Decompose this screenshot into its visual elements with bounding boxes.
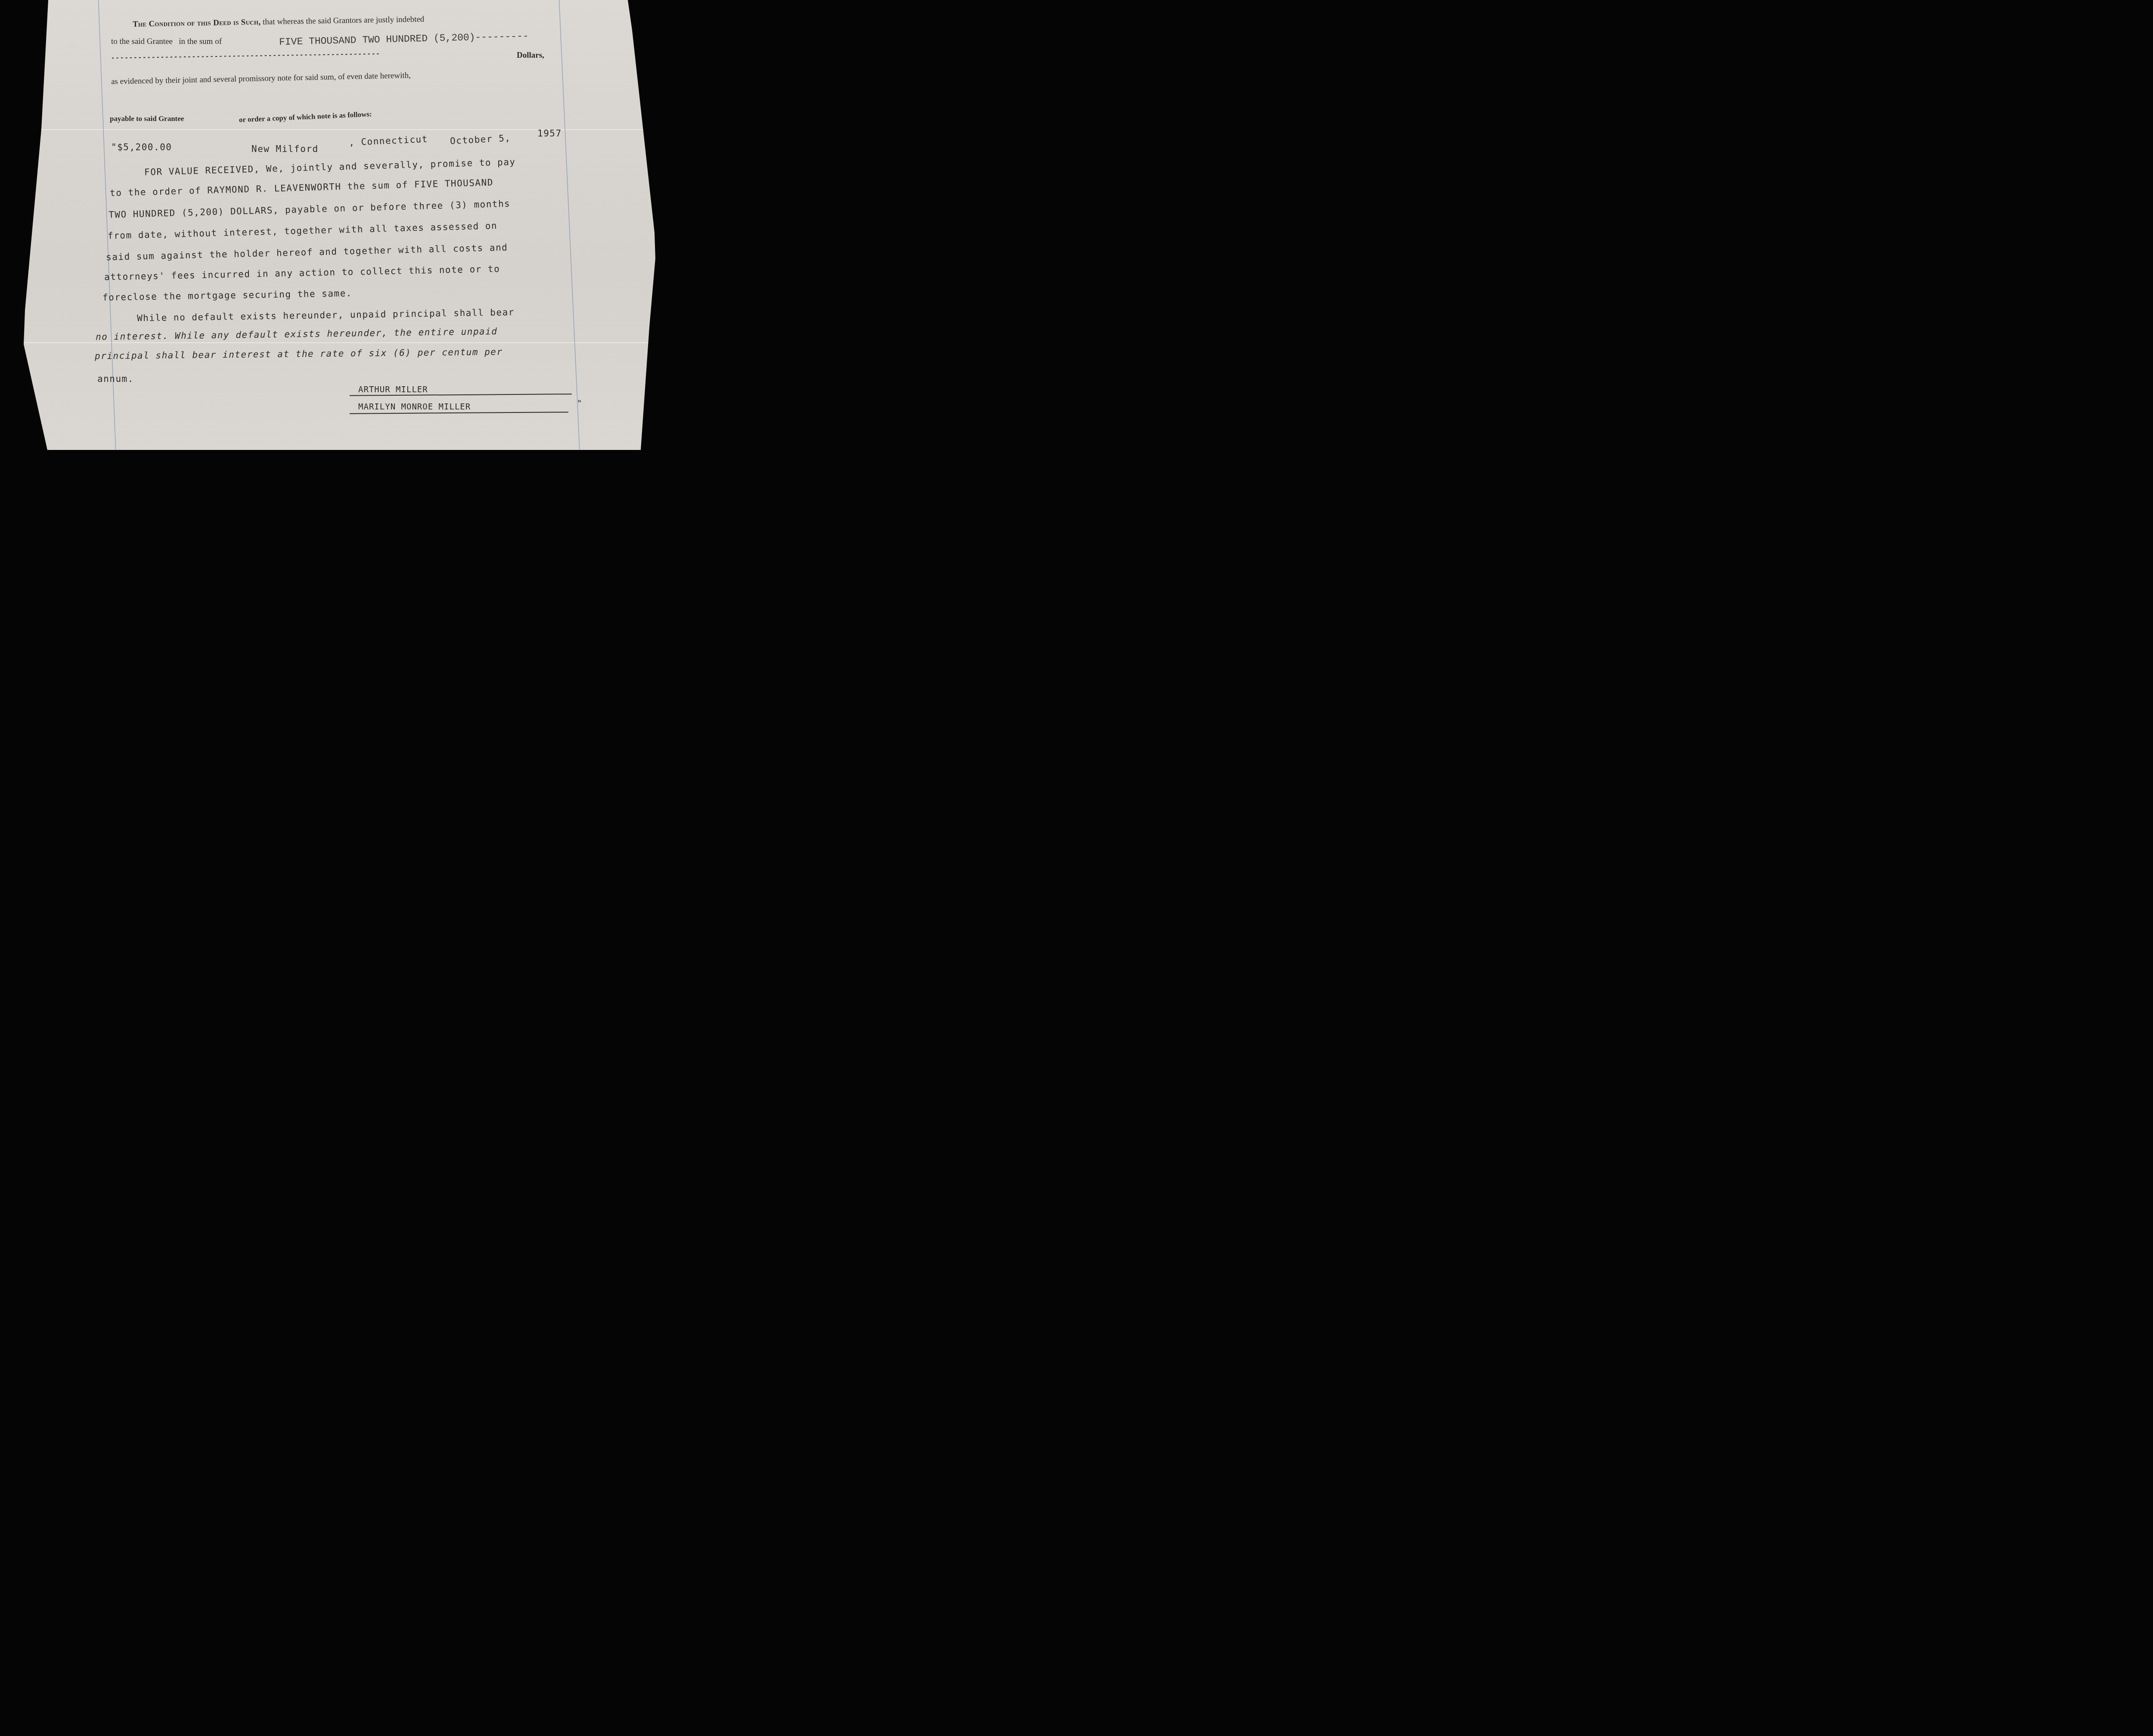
note-line: While no default exists hereunder, unpai… [137,307,515,323]
signature-line [350,412,568,414]
sum-typed: FIVE THOUSAND TWO HUNDRED (5,200)-------… [279,31,529,48]
note-line: FOR VALUE RECEIVED, We, jointly and seve… [144,157,516,177]
note-date: October 5, [450,133,511,146]
fold-crease [0,129,675,130]
payable-label: payable to said Grantee [110,115,184,123]
payable-rest: or order a copy of which note is as foll… [239,110,372,124]
grantee-label: to the said Grantee [111,37,173,46]
note-line: attorneys' fees incurred in any action t… [104,263,500,282]
note-town: New Milford [251,144,319,154]
note-amount: "$5,200.00 [111,142,172,152]
note-year: 1957 [537,128,562,139]
condition-line: The Condition of this Deed is Such, that… [133,15,425,29]
fold-crease [0,342,675,343]
note-line: annum. [97,374,134,384]
condition-lead: The Condition of this Deed is Such, [133,18,261,29]
note-line: no interest. While any default exists he… [96,326,498,342]
dollars-label: Dollars, [517,51,544,60]
evidenced-line: as evidenced by their joint and several … [111,71,411,87]
signer-1-name: ARTHUR MILLER [358,385,428,394]
note-state: , Connecticut [349,134,428,148]
right-margin-line [559,0,580,449]
deed-paper: The Condition of this Deed is Such, that… [0,0,675,450]
closing-quote: " [577,399,582,408]
condition-rest: that whereas the said Grantors are justl… [263,15,424,27]
note-line: TWO HUNDRED (5,200) DOLLARS, payable on … [109,198,511,220]
note-line: principal shall bear interest at the rat… [95,347,503,361]
note-line: said sum against the holder hereof and t… [106,242,508,263]
sum-label: in the sum of [179,37,222,46]
grantee-line: to the said Grantee in the sum of [111,37,222,46]
note-line: from date, without interest, together wi… [108,220,497,241]
note-line: to the order of RAYMOND R. LEAVENWORTH t… [110,177,493,198]
signer-2-name: MARILYN MONROE MILLER [358,402,471,412]
dash-line: ----------------------------------------… [111,50,381,62]
note-line: foreclose the mortgage securing the same… [102,288,352,303]
